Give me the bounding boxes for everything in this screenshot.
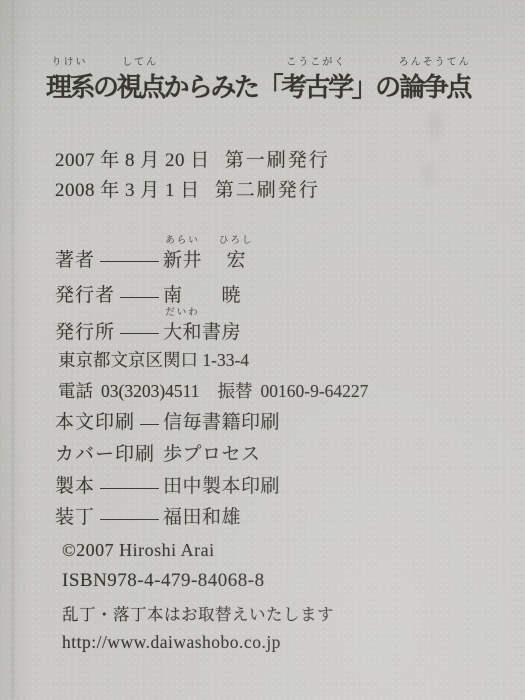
publisher-url: http://www.daiwashobo.co.jp <box>62 632 281 653</box>
defective-copy-notice: 乱丁・落丁本はお取替えいたします <box>62 601 334 625</box>
leader-line <box>120 297 159 298</box>
edition-date: 2008 年 3 月 1 日 <box>55 180 200 201</box>
edition-line-second: 2008 年 3 月 1 日第二刷発行 <box>55 176 330 206</box>
address-text: 東京都文京区関口 1-33-4 <box>58 350 249 371</box>
row-label: カバー印刷 <box>55 444 155 467</box>
title-segment: ろんそうてん 論争点 <box>399 58 471 103</box>
row-label-area: 装丁 <box>55 507 163 530</box>
furigana: こうこがく <box>286 58 346 68</box>
title-text: の <box>93 72 117 103</box>
name-with-furigana: ひろし 宏 <box>219 237 254 272</box>
leader-line <box>120 333 159 334</box>
colophon-row-cover-printing: カバー印刷 歩プロセス <box>55 444 261 467</box>
title-segment: 「 <box>258 68 282 103</box>
title-segment: からみた <box>164 68 258 103</box>
author-name: あらい 新井 ひろし 宏 <box>163 237 254 272</box>
title-segment: してん 視点 <box>117 58 164 103</box>
colophon-row-author: 著者 あらい 新井 ひろし 宏 <box>55 237 254 272</box>
name-text: 書房 <box>202 322 241 345</box>
title-text: 考古学 <box>281 72 352 103</box>
title-segment: の <box>93 68 117 103</box>
title-text: 理系 <box>46 72 93 103</box>
name-text: 宏 <box>227 250 247 273</box>
row-value: 福田和雄 <box>163 507 241 530</box>
leader-line <box>100 261 159 262</box>
colophon-row-design: 装丁 福田和雄 <box>55 507 241 530</box>
phone-label: 電話 <box>58 381 93 402</box>
name-text: 新井 <box>163 250 202 273</box>
edition-date: 2007 年 8 月 20 日 <box>55 150 210 171</box>
colophon-row-publisher-house: 発行所 だいわ 大和 書房 <box>55 309 241 344</box>
page-showthrough-smudge <box>423 162 435 188</box>
furigana: ひろし <box>219 237 254 247</box>
title-segment: 」の <box>352 68 399 103</box>
edition-label: 第二刷発行 <box>215 180 320 201</box>
publisher-address: 東京都文京区関口 1-33-4 <box>58 350 249 371</box>
row-label-area: カバー印刷 <box>55 444 163 467</box>
colophon-row-text-printing: 本文印刷 信毎書籍印刷 <box>55 412 280 435</box>
row-label: 著者 <box>55 250 95 273</box>
edition-line-first: 2007 年 8 月 20 日第一刷発行 <box>55 146 330 176</box>
row-label: 発行所 <box>55 322 115 345</box>
name-text: 大和 <box>163 322 202 345</box>
colophon-row-binding: 製本 田中製本印刷 <box>55 476 280 499</box>
row-label: 装丁 <box>55 507 95 530</box>
page-crease <box>12 0 14 700</box>
name-with-furigana: だいわ 大和 <box>163 309 202 344</box>
leader-line <box>100 519 159 520</box>
furigana: ろんそうてん <box>399 58 471 68</box>
transfer-label: 振替 <box>218 381 253 402</box>
furigana: あらい <box>165 237 200 247</box>
edition-label: 第一刷発行 <box>225 150 330 171</box>
title-segment: こうこがく 考古学 <box>281 58 352 103</box>
row-value: 田中製本印刷 <box>163 476 280 499</box>
book-title: りけい 理系 の してん 視点 からみた 「 こうこがく 考古学 」の ろんそう… <box>46 58 471 103</box>
colophon-row-publisher-person: 発行者 南 暁 <box>55 285 241 308</box>
row-label-area: 発行所 <box>55 322 163 345</box>
page-showthrough-smudge <box>428 110 442 140</box>
phone-number: 03(3203)4511 <box>101 381 200 402</box>
publisher-name: だいわ 大和 書房 <box>163 309 241 344</box>
isbn-line: ISBN978-4-479-84068-8 <box>62 570 265 592</box>
copyright-line: ©2007 Hiroshi Arai <box>62 540 215 561</box>
title-text: 論争点 <box>399 72 470 103</box>
row-label-area: 製本 <box>55 476 163 499</box>
publisher-phone-line: 電話 03(3203)4511 振替 00160-9-64227 <box>58 381 368 402</box>
title-text: 視点 <box>117 72 164 103</box>
row-label: 製本 <box>55 476 95 499</box>
name-with-furigana: あらい 新井 <box>163 237 202 272</box>
furigana: してん <box>122 58 158 68</box>
leader-line <box>140 424 159 425</box>
leader-line <box>100 488 159 489</box>
edition-dates: 2007 年 8 月 20 日第一刷発行 2008 年 3 月 1 日第二刷発行 <box>55 146 330 206</box>
row-label: 本文印刷 <box>55 412 135 435</box>
row-label-area: 発行者 <box>55 285 163 308</box>
title-segment: りけい 理系 <box>46 58 93 103</box>
book-colophon-page: りけい 理系 の してん 視点 からみた 「 こうこがく 考古学 」の ろんそう… <box>0 0 525 700</box>
row-label-area: 本文印刷 <box>55 412 163 435</box>
transfer-number: 00160-9-64227 <box>261 381 369 402</box>
row-label-area: 著者 <box>55 250 163 273</box>
row-value: 南 暁 <box>163 285 241 308</box>
title-text: 」の <box>352 72 399 103</box>
row-value: 信毎書籍印刷 <box>163 412 280 435</box>
furigana: だいわ <box>165 309 200 319</box>
row-label: 発行者 <box>55 285 115 308</box>
title-text: からみた <box>164 72 258 103</box>
row-value: 歩プロセス <box>163 444 261 467</box>
title-text: 「 <box>258 72 282 103</box>
furigana: りけい <box>52 58 88 68</box>
